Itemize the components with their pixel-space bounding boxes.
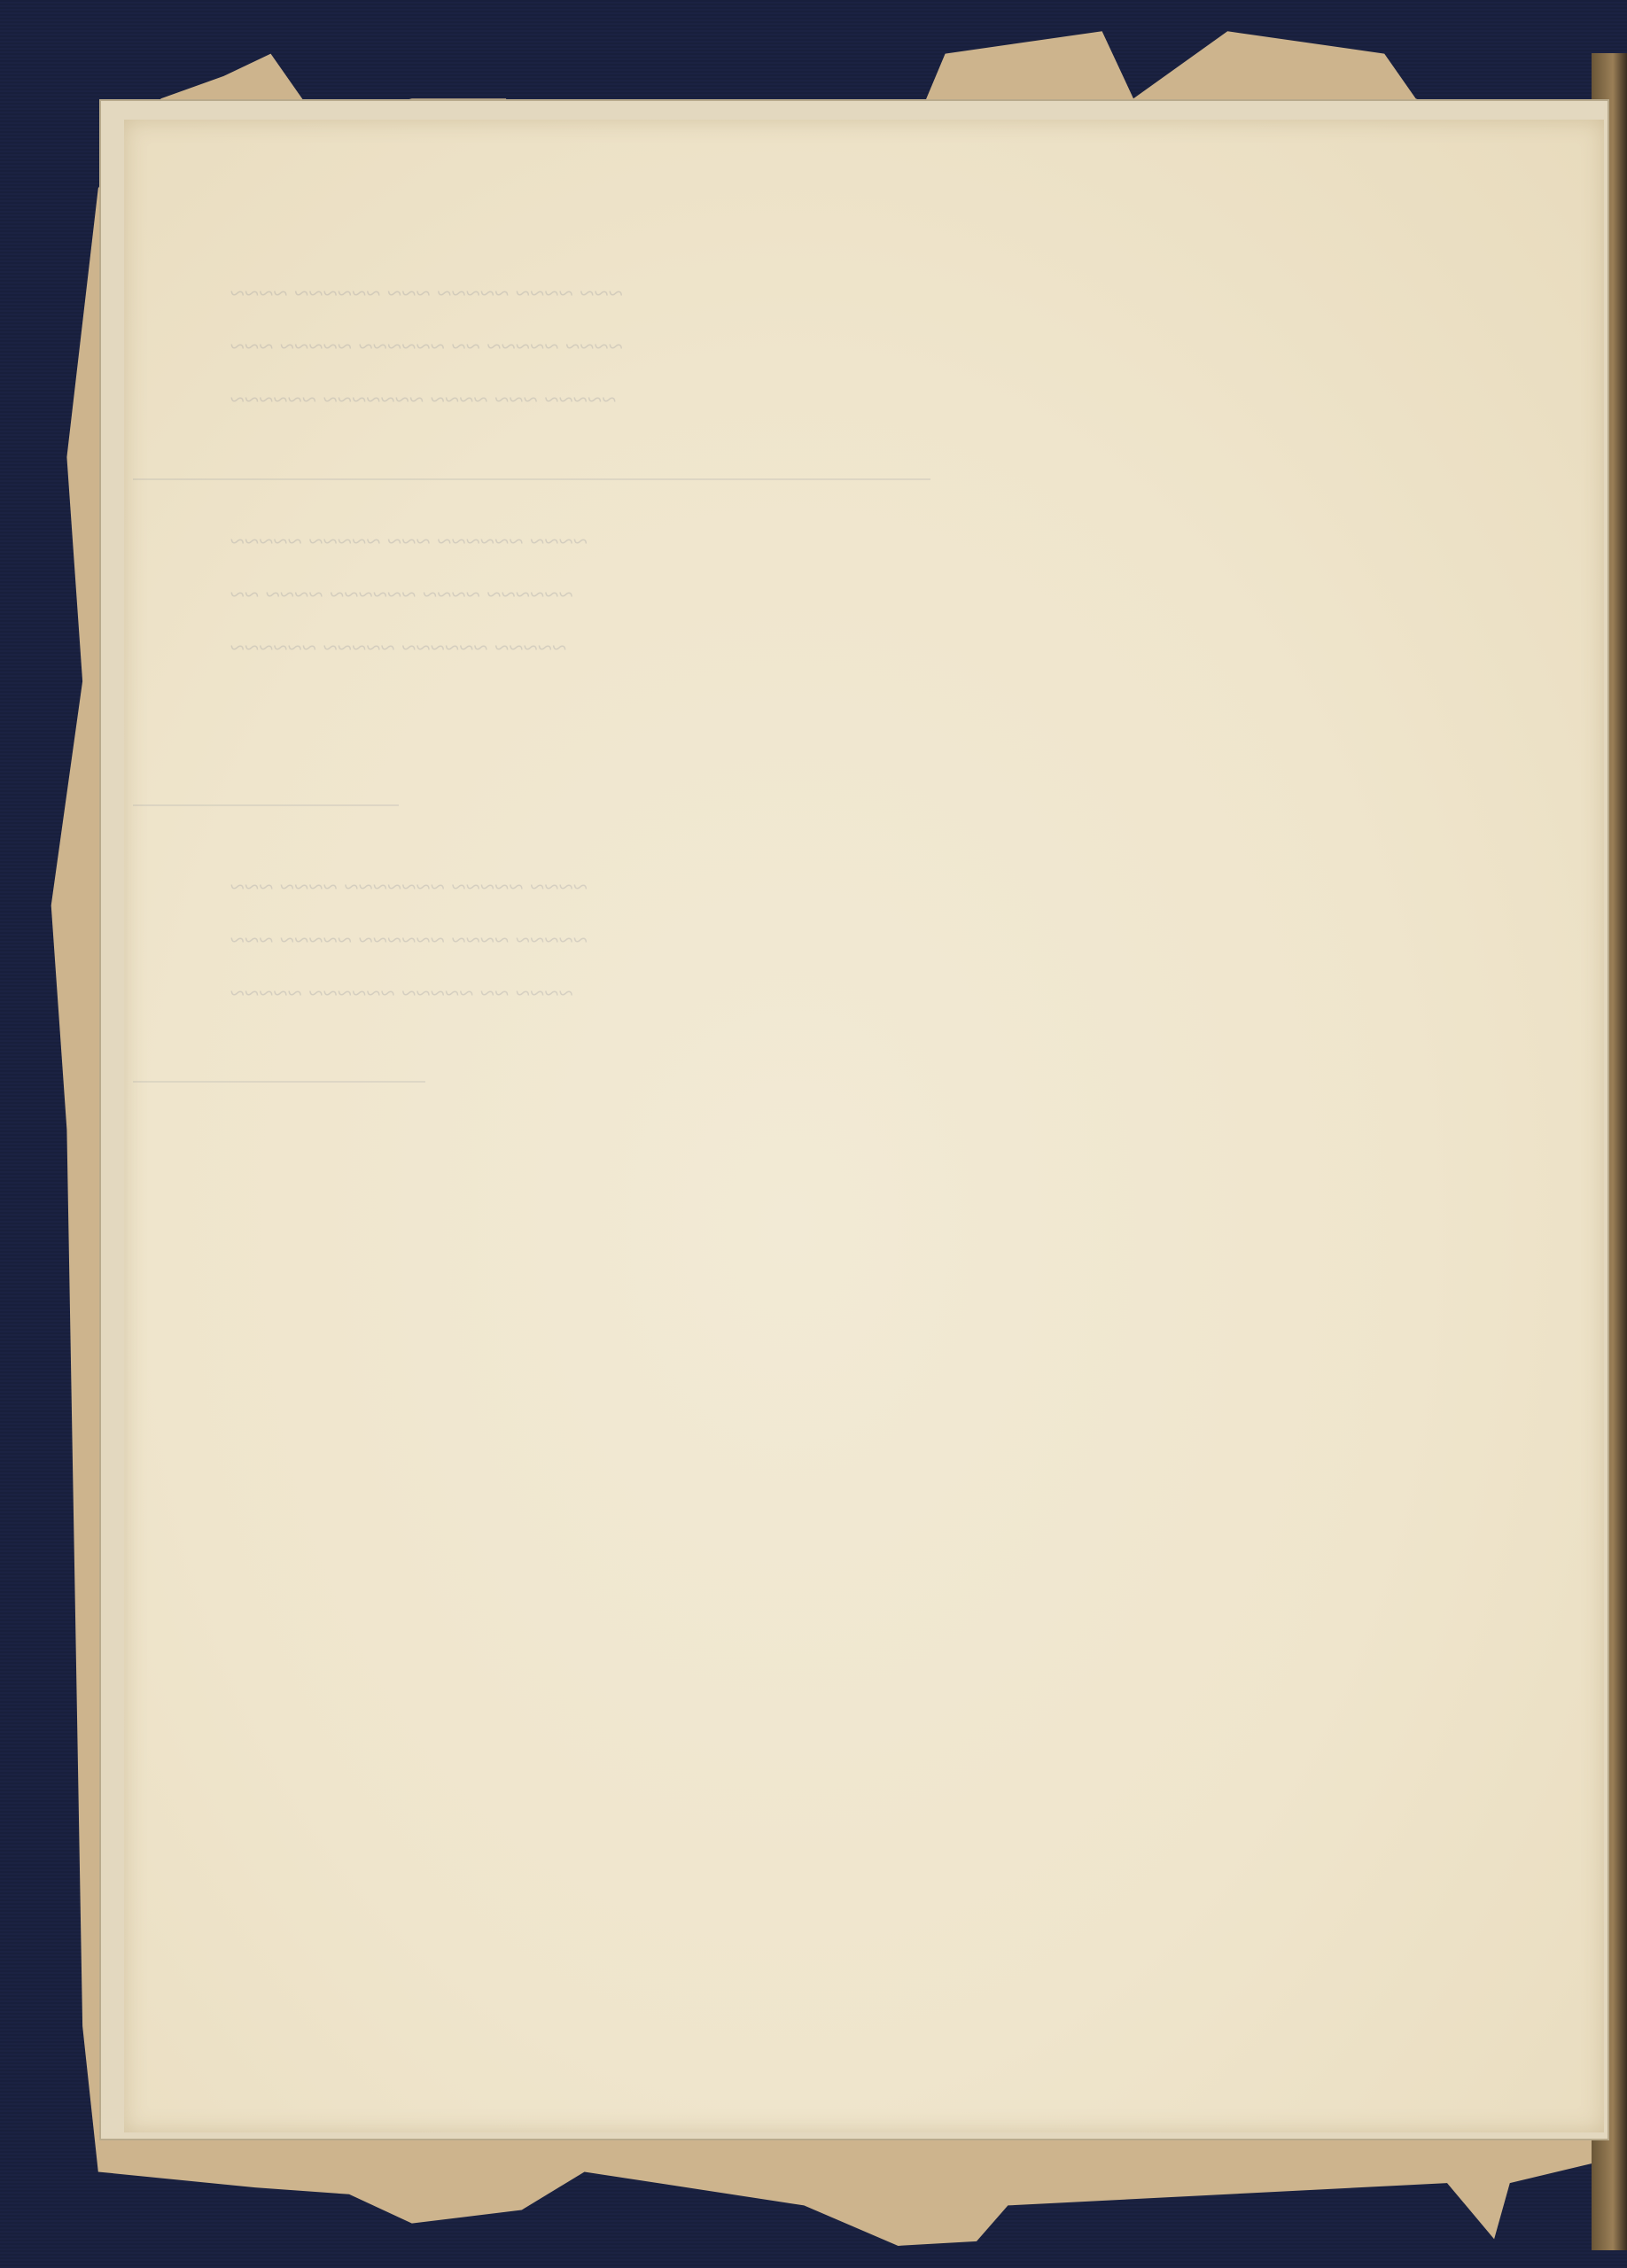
show-through-writing: ~~~~~ ~~~ ~~~~ ~~~~~~~ ~~~~~~ xyxy=(230,385,617,416)
manuscript-page: ~~~ ~~~~ ~~~~~ ~~~ ~~~~~~ ~~~~ ~~~~ ~~~~… xyxy=(124,120,1604,2132)
show-through-writing: ~~~~~~ ~~~~ ~~~~~~ ~~~~ ~~ xyxy=(230,580,573,610)
ruled-line xyxy=(133,804,399,806)
ruled-line xyxy=(133,478,930,480)
show-through-writing: ~~~~ ~~ ~~~~~ ~~~~~~ ~~~~~ xyxy=(230,979,573,1009)
show-through-writing: ~~~~ ~~~~~~ ~~~ ~~~~~ ~~~~~ xyxy=(230,527,588,557)
show-through-writing: ~~~~ ~~~~~ ~~~~~~~ ~~~~ ~~~ xyxy=(230,873,588,903)
ruled-line xyxy=(133,1081,425,1083)
show-through-writing: ~~~~ ~~~~~ ~~ ~~~~~~ ~~~~~ ~~~ xyxy=(230,332,623,362)
show-through-writing: ~~~ ~~~~ ~~~~~ ~~~ ~~~~~~ ~~~~ xyxy=(230,279,623,309)
show-through-writing: ~~~~~ ~~~~~~ ~~~~~ ~~~~~~ xyxy=(230,633,567,664)
show-through-writing: ~~~~~ ~~~~ ~~~~~~ ~~~~~ ~~~ xyxy=(230,926,588,956)
